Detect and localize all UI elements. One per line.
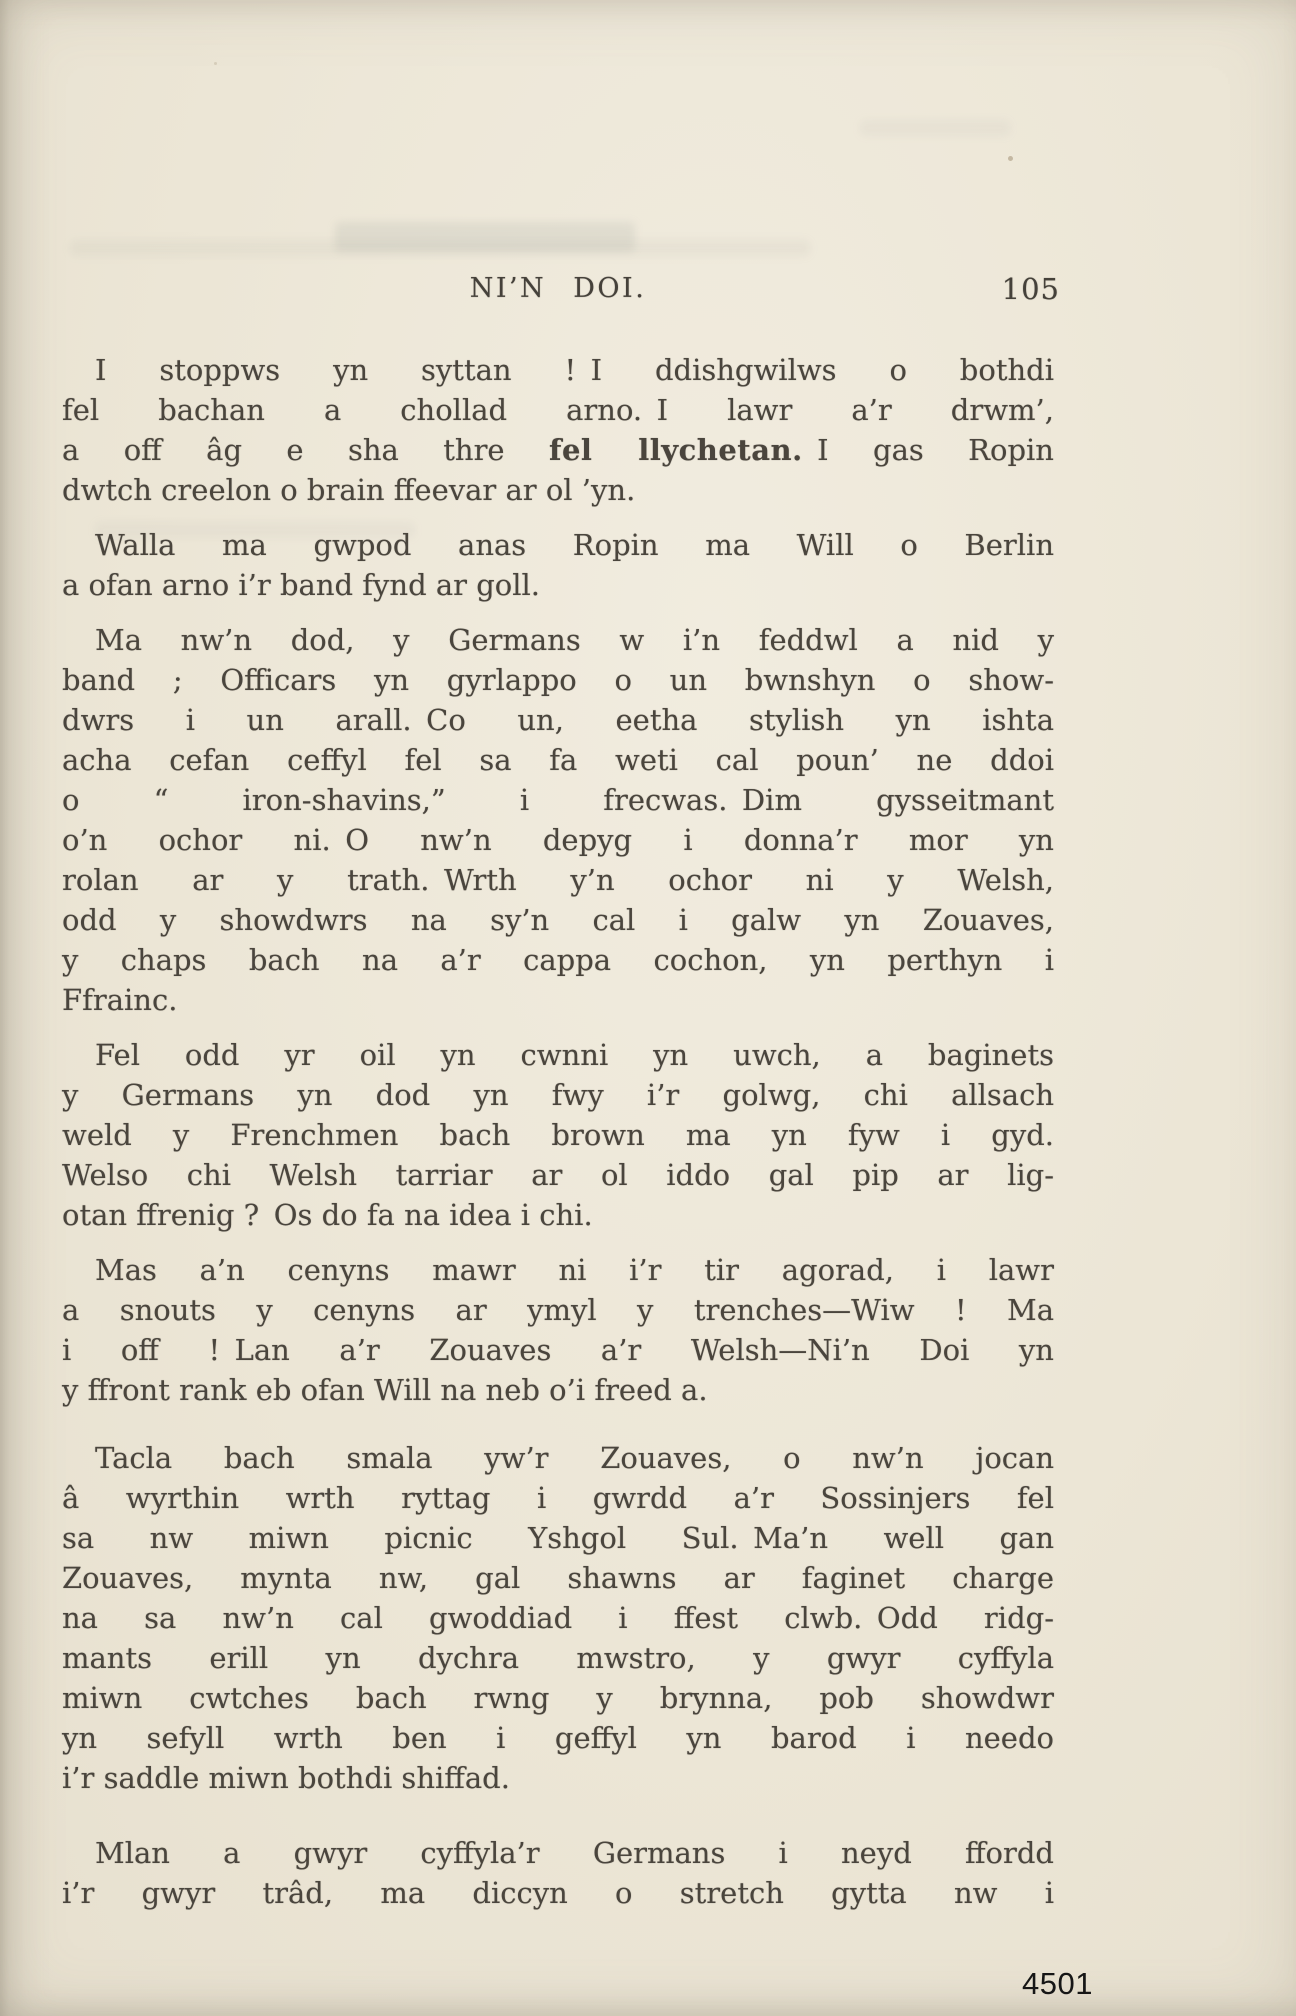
scan-gutter-edge	[0, 0, 58, 2016]
text-segment: Ma nw’n dod, y Germans w i’n feddwl a ni…	[95, 623, 1054, 657]
text-segment: i’r saddle miwn bothdi shiffad.	[62, 1761, 510, 1795]
page-header: NI’N DOI. 105	[62, 270, 1054, 308]
bold-text-segment: fel llychetan.	[549, 433, 803, 467]
text-segment: a ofan arno i’r band fynd ar goll.	[62, 568, 540, 602]
show-through-artifact	[70, 240, 810, 256]
text-line: na sa nw’n cal gwoddiad i ffest clwb. Od…	[62, 1598, 1054, 1638]
text-segment: i off ! Lan a’r Zouaves a’r Welsh—Ni’n D…	[62, 1333, 1054, 1367]
text-line: â wyrthin wrth ryttag i gwrdd a’r Sossin…	[62, 1478, 1054, 1518]
paragraph: Ma nw’n dod, y Germans w i’n feddwl a ni…	[62, 620, 1054, 1020]
paragraph: Tacla bach smala yw’r Zouaves, o nw’n jo…	[62, 1438, 1054, 1798]
text-segment: o “ iron-shavins,” i frecwas. Dim gyssei…	[62, 783, 1054, 817]
text-line: Fel odd yr oil yn cwnni yn uwch, a bagin…	[62, 1035, 1054, 1075]
text-segment: miwn cwtches bach rwng y brynna, pob sho…	[62, 1681, 1054, 1715]
text-segment: i’r gwyr trâd, ma diccyn o stretch gytta…	[62, 1876, 1054, 1910]
text-line: Ma nw’n dod, y Germans w i’n feddwl a ni…	[62, 620, 1054, 660]
text-line: otan ffrenig ? Os do fa na idea i chi.	[62, 1195, 1054, 1235]
text-line: Zouaves, mynta nw, gal shawns ar faginet…	[62, 1558, 1054, 1598]
page-title: NI’N DOI.	[62, 270, 1054, 308]
text-segment: yn sefyll wrth ben i geffyl yn barod i n…	[62, 1721, 1054, 1755]
text-line: yn sefyll wrth ben i geffyl yn barod i n…	[62, 1718, 1054, 1758]
text-segment: odd y showdwrs na sy’n cal i galw yn Zou…	[62, 903, 1054, 937]
text-segment: Zouaves, mynta nw, gal shawns ar faginet…	[62, 1561, 1054, 1595]
text-segment: a snouts y cenyns ar ymyl y trenches—Wiw…	[62, 1293, 1054, 1327]
text-segment: sa nw miwn picnic Yshgol Sul. Ma’n well …	[62, 1521, 1054, 1555]
show-through-artifact	[860, 120, 1010, 136]
text-segment: Mas a’n cenyns mawr ni i’r tir agorad, i…	[95, 1253, 1054, 1287]
text-segment: y ffront rank eb ofan Will na neb o’i fr…	[62, 1373, 708, 1407]
text-segment: Welso chi Welsh tarriar ar ol iddo gal p…	[62, 1158, 1054, 1192]
text-line: o’n ochor ni. O nw’n depyg i donna’r mor…	[62, 820, 1054, 860]
paragraph: Mlan a gwyr cyffyla’r Germans i neyd ffo…	[62, 1833, 1054, 1913]
text-line: o “ iron-shavins,” i frecwas. Dim gyssei…	[62, 780, 1054, 820]
text-segment: Walla ma gwpod anas Ropin ma Will o Berl…	[95, 528, 1054, 562]
show-through-artifact	[335, 222, 635, 252]
text-line: sa nw miwn picnic Yshgol Sul. Ma’n well …	[62, 1518, 1054, 1558]
text-line: rolan ar y trath. Wrth y’n ochor ni y We…	[62, 860, 1054, 900]
text-line: Walla ma gwpod anas Ropin ma Will o Berl…	[62, 525, 1054, 565]
text-line: y ffront rank eb ofan Will na neb o’i fr…	[62, 1370, 1054, 1410]
text-line: dwtch creelon o brain ffeevar ar ol ’yn.	[62, 470, 1054, 510]
text-segment: mants erill yn dychra mwstro, y gwyr cyf…	[62, 1641, 1054, 1675]
text-segment: Tacla bach smala yw’r Zouaves, o nw’n jo…	[95, 1441, 1054, 1475]
text-segment: o’n ochor ni. O nw’n depyg i donna’r mor…	[62, 823, 1054, 857]
text-segment: Mlan a gwyr cyffyla’r Germans i neyd ffo…	[95, 1836, 1054, 1870]
text-segment: â wyrthin wrth ryttag i gwrdd a’r Sossin…	[62, 1481, 1054, 1515]
text-line: Welso chi Welsh tarriar ar ol iddo gal p…	[62, 1155, 1054, 1195]
text-line: a snouts y cenyns ar ymyl y trenches—Wiw…	[62, 1290, 1054, 1330]
text-segment: Ffrainc.	[62, 983, 177, 1017]
text-segment: weld y Frenchmen bach brown ma yn fyw i …	[62, 1118, 1054, 1152]
text-line: band ; Officars yn gyrlappo o un bwnshyn…	[62, 660, 1054, 700]
paper-speck	[1008, 156, 1013, 161]
paragraph: Fel odd yr oil yn cwnni yn uwch, a bagin…	[62, 1035, 1054, 1235]
text-line: I stoppws yn syttan ! I ddishgwilws o bo…	[62, 350, 1054, 390]
paragraph: Walla ma gwpod anas Ropin ma Will o Berl…	[62, 525, 1054, 605]
text-line: Ffrainc.	[62, 980, 1054, 1020]
page-number: 105	[1002, 270, 1060, 308]
text-segment: I gas Ropin	[803, 433, 1054, 467]
text-line: i off ! Lan a’r Zouaves a’r Welsh—Ni’n D…	[62, 1330, 1054, 1370]
text-line: i’r saddle miwn bothdi shiffad.	[62, 1758, 1054, 1798]
text-line: weld y Frenchmen bach brown ma yn fyw i …	[62, 1115, 1054, 1155]
text-segment: a off âg e sha thre	[62, 433, 549, 467]
text-segment: dwtch creelon o brain ffeevar ar ol ’yn.	[62, 473, 635, 507]
text-line: a off âg e sha thre fel llychetan. I gas…	[62, 430, 1054, 470]
text-segment: na sa nw’n cal gwoddiad i ffest clwb. Od…	[62, 1601, 1054, 1635]
text-line: fel bachan a chollad arno. I lawr a’r dr…	[62, 390, 1054, 430]
text-line: dwrs i un arall. Co un, eetha stylish yn…	[62, 700, 1054, 740]
text-line: mants erill yn dychra mwstro, y gwyr cyf…	[62, 1638, 1054, 1678]
text-line: a ofan arno i’r band fynd ar goll.	[62, 565, 1054, 605]
text-block: I stoppws yn syttan ! I ddishgwilws o bo…	[62, 350, 1054, 1913]
text-line: odd y showdwrs na sy’n cal i galw yn Zou…	[62, 900, 1054, 940]
paper-speck	[214, 62, 217, 65]
text-line: Tacla bach smala yw’r Zouaves, o nw’n jo…	[62, 1438, 1054, 1478]
text-segment: fel bachan a chollad arno. I lawr a’r dr…	[62, 393, 1054, 427]
text-line: y Germans yn dod yn fwy i’r golwg, chi a…	[62, 1075, 1054, 1115]
text-segment: otan ffrenig ? Os do fa na idea i chi.	[62, 1198, 593, 1232]
text-line: acha cefan ceffyl fel sa fa weti cal pou…	[62, 740, 1054, 780]
text-line: y chaps bach na a’r cappa cochon, yn per…	[62, 940, 1054, 980]
text-segment: y Germans yn dod yn fwy i’r golwg, chi a…	[62, 1078, 1054, 1112]
text-line: Mas a’n cenyns mawr ni i’r tir agorad, i…	[62, 1250, 1054, 1290]
page: NI’N DOI. 105 I stoppws yn syttan ! I dd…	[0, 0, 1296, 2016]
text-segment: I stoppws yn syttan ! I ddishgwilws o bo…	[95, 353, 1054, 387]
text-segment: y chaps bach na a’r cappa cochon, yn per…	[62, 943, 1054, 977]
text-line: i’r gwyr trâd, ma diccyn o stretch gytta…	[62, 1873, 1054, 1913]
paragraph: Mas a’n cenyns mawr ni i’r tir agorad, i…	[62, 1250, 1054, 1410]
scan-sequence-number: 4501	[1022, 1966, 1093, 2002]
text-line: miwn cwtches bach rwng y brynna, pob sho…	[62, 1678, 1054, 1718]
text-segment: rolan ar y trath. Wrth y’n ochor ni y We…	[62, 863, 1054, 897]
text-segment: band ; Officars yn gyrlappo o un bwnshyn…	[62, 663, 1054, 697]
text-segment: dwrs i un arall. Co un, eetha stylish yn…	[62, 703, 1054, 737]
text-line: Mlan a gwyr cyffyla’r Germans i neyd ffo…	[62, 1833, 1054, 1873]
text-segment: Fel odd yr oil yn cwnni yn uwch, a bagin…	[95, 1038, 1054, 1072]
paragraph: I stoppws yn syttan ! I ddishgwilws o bo…	[62, 350, 1054, 510]
text-segment: acha cefan ceffyl fel sa fa weti cal pou…	[62, 743, 1054, 777]
